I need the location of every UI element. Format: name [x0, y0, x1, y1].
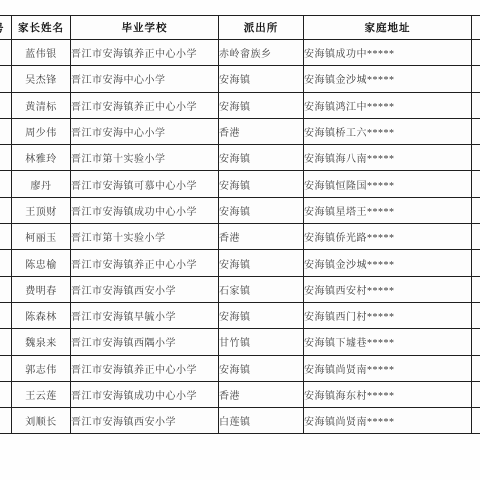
table-row: 黄清标 晋江市安海镇养正中心小学 安海镇 安海镇鸿江中*****: [0, 92, 480, 118]
cell-station: 香港: [219, 381, 304, 407]
cell-address: 安海镇西安村*****: [304, 276, 472, 302]
cell-station: 甘竹镇: [219, 329, 304, 355]
cell-parent-name: 柯丽玉: [12, 224, 71, 250]
cell-address: 安海镇鸿江中*****: [304, 92, 472, 118]
cell-seq: [0, 250, 12, 276]
header-row: 号 家长姓名 毕业学校 派出所 家庭地址: [0, 16, 480, 40]
cell-seq: [0, 118, 12, 144]
cell-school: 晋江市安海镇早毓小学: [71, 302, 219, 328]
cell-station: 香港: [219, 224, 304, 250]
cell-station: 安海镇: [219, 92, 304, 118]
cell-parent-name: 陈森林: [12, 302, 71, 328]
cell-parent-name: 周少伟: [12, 118, 71, 144]
cell-seq: [0, 276, 12, 302]
cell-school: 晋江市第十实验小学: [71, 224, 219, 250]
cell-overflow: [472, 92, 480, 118]
cell-station: 安海镇: [219, 171, 304, 197]
cell-school: 晋江市安海镇成功中心小学: [71, 197, 219, 223]
document-page: 号 家长姓名 毕业学校 派出所 家庭地址 蓝伟银 晋江市安海镇养正中心小学 赤岭…: [0, 0, 480, 480]
header-seq-label: 号: [0, 20, 5, 35]
cell-address: 安海镇金沙城*****: [304, 66, 472, 92]
cell-school: 晋江市安海镇西隅小学: [71, 329, 219, 355]
cell-station: 安海镇: [219, 145, 304, 171]
cell-parent-name: 黄清标: [12, 92, 71, 118]
header-overflow-partial: [472, 16, 480, 40]
header-station: 派出所: [219, 16, 304, 40]
cell-address: 安海镇海八南*****: [304, 145, 472, 171]
table-row: 刘顺长 晋江市安海镇西安小学 白莲镇 安海镇尚贤南*****: [0, 408, 480, 434]
table-body: 蓝伟银 晋江市安海镇养正中心小学 赤岭畲族乡 安海镇成功中***** 吴杰锋 晋…: [0, 40, 480, 434]
cell-overflow: [472, 224, 480, 250]
table-row: 陈森林 晋江市安海镇早毓小学 安海镇 安海镇西门村*****: [0, 302, 480, 328]
cell-parent-name: 郭志伟: [12, 355, 71, 381]
cell-overflow: [472, 40, 480, 66]
cell-address: 安海镇下墟巷*****: [304, 329, 472, 355]
table-row: 费明春 晋江市安海镇西安小学 石家镇 安海镇西安村*****: [0, 276, 480, 302]
cell-school: 晋江市安海中心小学: [71, 118, 219, 144]
header-address: 家庭地址: [304, 16, 472, 40]
cell-parent-name: 刘顺长: [12, 408, 71, 434]
cell-seq: [0, 408, 12, 434]
cell-overflow: [472, 171, 480, 197]
cell-address: 安海镇侨光路*****: [304, 224, 472, 250]
cell-station: 赤岭畲族乡: [219, 40, 304, 66]
table-row: 柯丽玉 晋江市第十实验小学 香港 安海镇侨光路*****: [0, 224, 480, 250]
table-row: 周少伟 晋江市安海中心小学 香港 安海镇桥工六*****: [0, 118, 480, 144]
cell-overflow: [472, 118, 480, 144]
cell-seq: [0, 145, 12, 171]
cell-parent-name: 王顶财: [12, 197, 71, 223]
cell-seq: [0, 381, 12, 407]
cell-school: 晋江市安海镇西安小学: [71, 408, 219, 434]
table-row: 林雅玲 晋江市第十实验小学 安海镇 安海镇海八南*****: [0, 145, 480, 171]
cell-station: 安海镇: [219, 250, 304, 276]
cell-school: 晋江市安海中心小学: [71, 66, 219, 92]
cell-station: 安海镇: [219, 66, 304, 92]
cell-seq: [0, 224, 12, 250]
cell-seq: [0, 92, 12, 118]
table-row: 魏泉来 晋江市安海镇西隅小学 甘竹镇 安海镇下墟巷*****: [0, 329, 480, 355]
cell-station: 安海镇: [219, 197, 304, 223]
table-row: 廖丹 晋江市安海镇可慕中心小学 安海镇 安海镇恒隆国*****: [0, 171, 480, 197]
cell-school: 晋江市安海镇养正中心小学: [71, 250, 219, 276]
cell-seq: [0, 171, 12, 197]
cell-address: 安海镇成功中*****: [304, 40, 472, 66]
table-row: 王云莲 晋江市安海镇成功中心小学 香港 安海镇海东村*****: [0, 381, 480, 407]
cell-overflow: [472, 66, 480, 92]
cell-address: 安海镇恒隆国*****: [304, 171, 472, 197]
cell-school: 晋江市第十实验小学: [71, 145, 219, 171]
cell-station: 安海镇: [219, 302, 304, 328]
cell-school: 晋江市安海镇养正中心小学: [71, 92, 219, 118]
cell-station: 白莲镇: [219, 408, 304, 434]
cell-seq: [0, 329, 12, 355]
cell-parent-name: 陈忠榆: [12, 250, 71, 276]
cell-address: 安海镇星塔王*****: [304, 197, 472, 223]
cell-parent-name: 吴杰锋: [12, 66, 71, 92]
cell-overflow: [472, 329, 480, 355]
table-row: 王顶财 晋江市安海镇成功中心小学 安海镇 安海镇星塔王*****: [0, 197, 480, 223]
cell-address: 安海镇尚贤南*****: [304, 355, 472, 381]
cell-school: 晋江市安海镇成功中心小学: [71, 381, 219, 407]
cell-seq: [0, 355, 12, 381]
cell-seq: [0, 197, 12, 223]
cell-address: 安海镇尚贤南*****: [304, 408, 472, 434]
cell-overflow: [472, 145, 480, 171]
table-row: 郭志伟 晋江市安海镇养正中心小学 安海镇 安海镇尚贤南*****: [0, 355, 480, 381]
cell-seq: [0, 40, 12, 66]
cell-overflow: [472, 355, 480, 381]
cell-overflow: [472, 408, 480, 434]
cell-school: 晋江市安海镇可慕中心小学: [71, 171, 219, 197]
header-seq-partial: 号: [0, 16, 12, 40]
cell-seq: [0, 66, 12, 92]
table-row: 吴杰锋 晋江市安海中心小学 安海镇 安海镇金沙城*****: [0, 66, 480, 92]
cell-parent-name: 蓝伟银: [12, 40, 71, 66]
cell-address: 安海镇西门村*****: [304, 302, 472, 328]
cell-station: 石家镇: [219, 276, 304, 302]
table-row: 陈忠榆 晋江市安海镇养正中心小学 安海镇 安海镇金沙城*****: [0, 250, 480, 276]
table-row: 蓝伟银 晋江市安海镇养正中心小学 赤岭畲族乡 安海镇成功中*****: [0, 40, 480, 66]
cell-address: 安海镇海东村*****: [304, 381, 472, 407]
cell-overflow: [472, 276, 480, 302]
cell-school: 晋江市安海镇养正中心小学: [71, 355, 219, 381]
table-header: 号 家长姓名 毕业学校 派出所 家庭地址: [0, 16, 480, 40]
cell-parent-name: 廖丹: [12, 171, 71, 197]
cell-parent-name: 费明春: [12, 276, 71, 302]
cell-station: 香港: [219, 118, 304, 144]
cell-overflow: [472, 197, 480, 223]
cell-station: 安海镇: [219, 355, 304, 381]
header-parent-name: 家长姓名: [12, 16, 71, 40]
cell-school: 晋江市安海镇西安小学: [71, 276, 219, 302]
cell-overflow: [472, 381, 480, 407]
cell-address: 安海镇金沙城*****: [304, 250, 472, 276]
cell-parent-name: 魏泉来: [12, 329, 71, 355]
cell-overflow: [472, 302, 480, 328]
cell-overflow: [472, 250, 480, 276]
cell-seq: [0, 302, 12, 328]
cell-school: 晋江市安海镇养正中心小学: [71, 40, 219, 66]
cell-parent-name: 王云莲: [12, 381, 71, 407]
cell-parent-name: 林雅玲: [12, 145, 71, 171]
cell-address: 安海镇桥工六*****: [304, 118, 472, 144]
header-school: 毕业学校: [71, 16, 219, 40]
student-parents-table: 号 家长姓名 毕业学校 派出所 家庭地址 蓝伟银 晋江市安海镇养正中心小学 赤岭…: [0, 15, 480, 434]
